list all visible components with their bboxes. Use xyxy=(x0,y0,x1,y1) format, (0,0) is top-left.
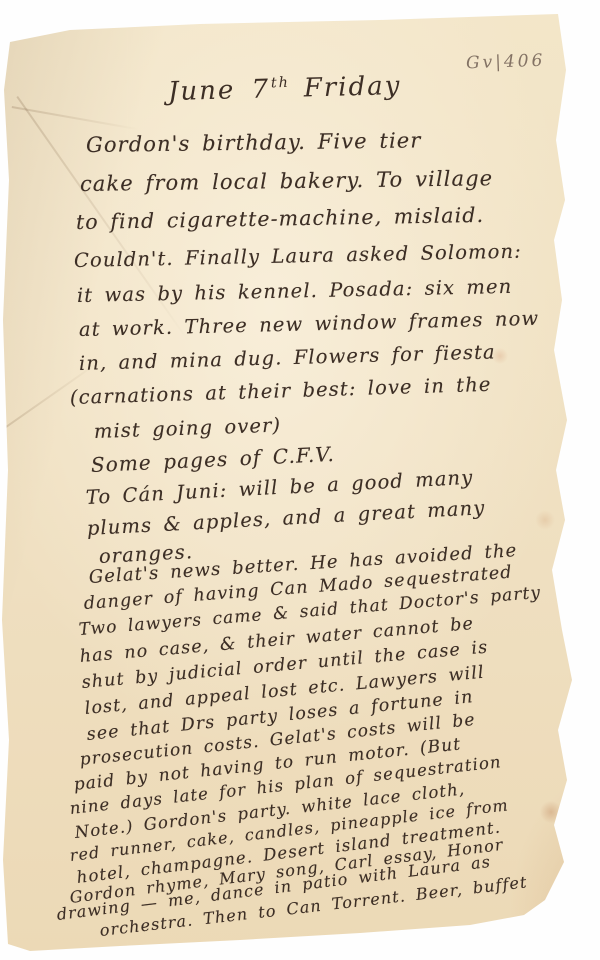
page-title: June 7thFriday xyxy=(168,71,402,107)
manuscript-line: at work. Three new window frames now xyxy=(79,307,540,341)
heading-ordinal-suffix: th xyxy=(271,75,290,91)
manuscript-line: to find cigarette-machine, mislaid. xyxy=(76,203,485,234)
manuscript-line: cake from local bakery. To village xyxy=(80,166,494,196)
manuscript-line: in, and mina dug. Flowers for fiesta xyxy=(79,340,496,375)
scan-background: Gv|406 June 7thFriday Gordon's birthday.… xyxy=(0,0,600,960)
manuscript-line: Some pages of C.F.V. xyxy=(90,442,335,477)
manuscript-line: Couldn't. Finally Laura asked Solomon: xyxy=(74,240,522,272)
heading-date: June 7 xyxy=(168,74,271,107)
paper: Gv|406 June 7thFriday Gordon's birthday.… xyxy=(0,0,600,960)
manuscript-line: (carnations at their best: love in the xyxy=(70,373,492,409)
archival-mark: Gv|406 xyxy=(466,51,546,74)
manuscript-line: Gordon's birthday. Five tier xyxy=(86,128,422,157)
manuscript-line: it was by his kennel. Posada: six men xyxy=(77,275,513,307)
manuscript-line: mist going over) xyxy=(94,413,282,443)
heading-day: Friday xyxy=(303,71,401,104)
